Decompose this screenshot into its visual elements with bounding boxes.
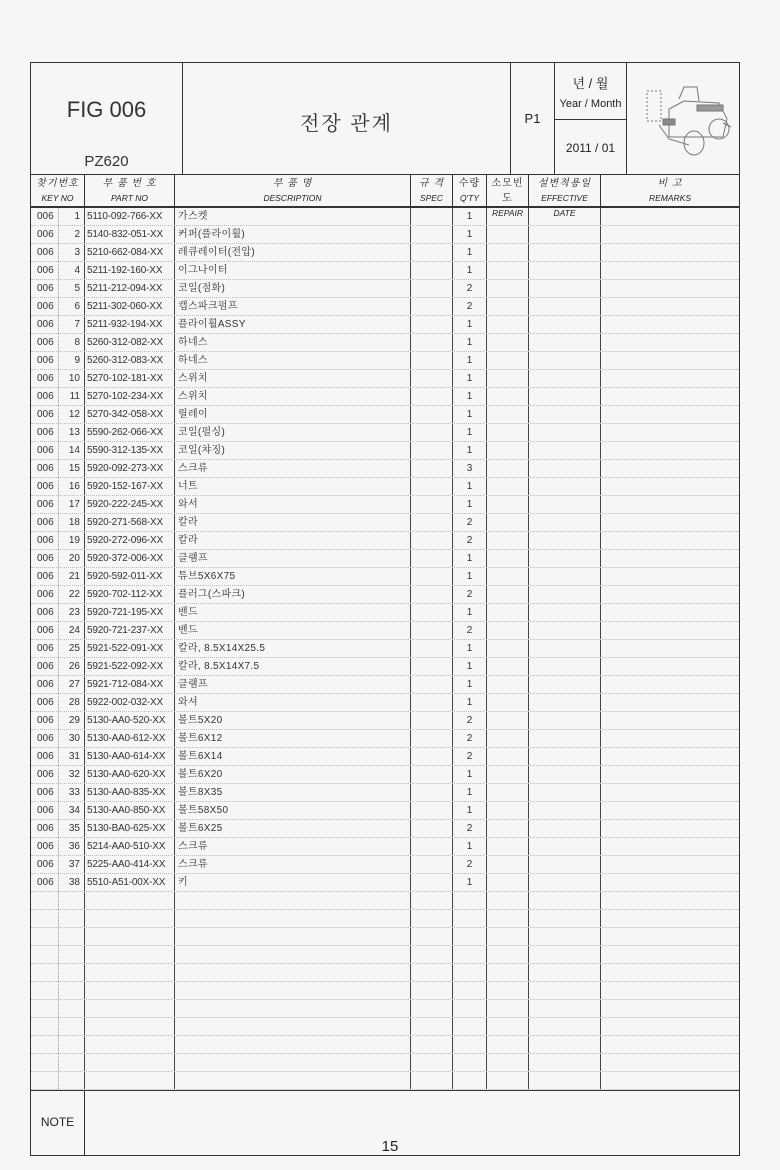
table-row [31, 964, 739, 982]
cell-date [529, 568, 601, 585]
cell-remarks [601, 1054, 739, 1071]
cell-remarks [601, 352, 739, 369]
table-row [31, 1054, 739, 1072]
cell-qty: 1 [453, 802, 487, 819]
cell-repair [487, 388, 529, 405]
cell-date [529, 334, 601, 351]
cell-fig: 006 [31, 874, 59, 891]
cell-repair [487, 244, 529, 261]
cell-date [529, 280, 601, 297]
cell-spec [411, 226, 453, 243]
cell-remarks [601, 334, 739, 351]
table-row: 006295130-AA0-520-XX볼트5X202 [31, 712, 739, 730]
cell-qty [453, 1072, 487, 1089]
cell-key [59, 1000, 85, 1017]
cell-repair [487, 730, 529, 747]
cell-fig [31, 892, 59, 909]
cell-part [85, 964, 175, 981]
sheet-header: FIG 006 PZ620 전장 관계 P1 년 / 월 Year / Mont… [30, 62, 740, 174]
cell-fig: 006 [31, 802, 59, 819]
cell-qty: 1 [453, 676, 487, 693]
cell-qty [453, 946, 487, 963]
cell-remarks [601, 1036, 739, 1053]
cell-repair [487, 208, 529, 225]
cell-date [529, 676, 601, 693]
cell-fig: 006 [31, 730, 59, 747]
table-row [31, 928, 739, 946]
cell-fig: 006 [31, 496, 59, 513]
cell-fig: 006 [31, 550, 59, 567]
cell-part: 5260-312-082-XX [85, 334, 175, 351]
cell-desc: 클램프 [175, 550, 411, 567]
table-row: 00685260-312-082-XX하네스1 [31, 334, 739, 352]
cell-desc: 키 [175, 874, 411, 891]
cell-fig: 006 [31, 658, 59, 675]
cell-spec [411, 280, 453, 297]
cell-key: 8 [59, 334, 85, 351]
cell-repair [487, 982, 529, 999]
cell-date [529, 622, 601, 639]
fig-cell: FIG 006 PZ620 [31, 63, 183, 174]
cell-spec [411, 982, 453, 999]
cell-date [529, 388, 601, 405]
cell-spec [411, 604, 453, 621]
cell-fig: 006 [31, 406, 59, 423]
cell-remarks [601, 226, 739, 243]
cell-remarks [601, 982, 739, 999]
page-code: P1 [511, 111, 554, 126]
cell-fig: 006 [31, 604, 59, 621]
cell-qty: 2 [453, 856, 487, 873]
cell-spec [411, 730, 453, 747]
cell-repair [487, 226, 529, 243]
cell-key [59, 946, 85, 963]
cell-remarks [601, 532, 739, 549]
cell-spec [411, 496, 453, 513]
cell-key: 6 [59, 298, 85, 315]
page-code-cell: P1 [511, 63, 555, 174]
cell-part: 5130-BA0-625-XX [85, 820, 175, 837]
cell-part [85, 910, 175, 927]
table-row [31, 1036, 739, 1054]
cell-desc [175, 964, 411, 981]
cell-desc: 가스켓 [175, 208, 411, 225]
cell-remarks [601, 910, 739, 927]
table-row: 006255921-522-091-XX칼라, 8.5X14X25.51 [31, 640, 739, 658]
table-row: 00625140-832-051-XX커퍼(플라이휠)1 [31, 226, 739, 244]
cell-fig [31, 1000, 59, 1017]
cell-remarks [601, 892, 739, 909]
cell-desc [175, 1018, 411, 1035]
cell-desc: 칼라 [175, 532, 411, 549]
cell-part: 5211-192-160-XX [85, 262, 175, 279]
cell-qty: 2 [453, 712, 487, 729]
table-row: 006305130-AA0-612-XX볼트6X122 [31, 730, 739, 748]
table-row [31, 1000, 739, 1018]
cell-key: 27 [59, 676, 85, 693]
cell-part: 5130-AA0-850-XX [85, 802, 175, 819]
cell-fig: 006 [31, 676, 59, 693]
cell-fig: 006 [31, 694, 59, 711]
cell-date [529, 352, 601, 369]
cell-part: 5211-932-194-XX [85, 316, 175, 333]
cell-desc: 스크류 [175, 838, 411, 855]
cell-date [529, 208, 601, 225]
cell-date [529, 370, 601, 387]
cell-repair [487, 442, 529, 459]
cell-fig [31, 1054, 59, 1071]
cell-repair [487, 1000, 529, 1017]
cell-key: 38 [59, 874, 85, 891]
cell-date [529, 514, 601, 531]
cell-spec [411, 406, 453, 423]
cell-repair [487, 316, 529, 333]
cell-repair [487, 460, 529, 477]
cell-date [529, 244, 601, 261]
cell-fig: 006 [31, 442, 59, 459]
table-row: 00695260-312-083-XX하네스1 [31, 352, 739, 370]
cell-repair [487, 586, 529, 603]
cell-repair [487, 532, 529, 549]
cell-spec [411, 874, 453, 891]
cell-qty: 1 [453, 874, 487, 891]
cell-repair [487, 874, 529, 891]
cell-key: 36 [59, 838, 85, 855]
parts-table-body: 00615110-092-766-XX가스켓100625140-832-051-… [30, 208, 740, 1090]
date-label-ko: 년 / 월 [555, 73, 626, 92]
cell-remarks [601, 460, 739, 477]
cell-desc [175, 1054, 411, 1071]
cell-desc: 레큐레이터(전압) [175, 244, 411, 261]
cell-date [529, 604, 601, 621]
cell-fig: 006 [31, 622, 59, 639]
cell-part: 5510-A51-00X-XX [85, 874, 175, 891]
table-row: 006115270-102-234-XX스위치1 [31, 388, 739, 406]
cell-date [529, 856, 601, 873]
cell-date [529, 748, 601, 765]
cell-part: 5920-721-195-XX [85, 604, 175, 621]
parts-sheet: FIG 006 PZ620 전장 관계 P1 년 / 월 Year / Mont… [30, 62, 740, 1156]
cell-date [529, 892, 601, 909]
cell-fig [31, 928, 59, 945]
cell-remarks [601, 712, 739, 729]
cell-key: 9 [59, 352, 85, 369]
cell-fig: 006 [31, 784, 59, 801]
cell-part: 5211-302-060-XX [85, 298, 175, 315]
cell-part: 5921-522-092-XX [85, 658, 175, 675]
cell-date [529, 784, 601, 801]
cell-part: 5920-721-237-XX [85, 622, 175, 639]
cell-desc: 볼트6X14 [175, 748, 411, 765]
cell-desc: 캡스파크펌프 [175, 298, 411, 315]
table-row: 006105270-102-181-XX스위치1 [31, 370, 739, 388]
cell-part: 5130-AA0-835-XX [85, 784, 175, 801]
cell-qty: 1 [453, 316, 487, 333]
cell-repair [487, 946, 529, 963]
cell-repair [487, 658, 529, 675]
cell-key: 3 [59, 244, 85, 261]
cell-repair [487, 784, 529, 801]
cell-qty: 2 [453, 586, 487, 603]
cell-date [529, 694, 601, 711]
cell-key [59, 964, 85, 981]
cell-fig: 006 [31, 766, 59, 783]
cell-part: 5110-092-766-XX [85, 208, 175, 225]
cell-part: 5130-AA0-614-XX [85, 748, 175, 765]
cell-date [529, 910, 601, 927]
cell-repair [487, 820, 529, 837]
cell-repair [487, 1054, 529, 1071]
cell-key: 13 [59, 424, 85, 441]
cell-desc [175, 892, 411, 909]
table-row: 00635210-662-084-XX레큐레이터(전압)1 [31, 244, 739, 262]
cell-remarks [601, 550, 739, 567]
cell-spec [411, 964, 453, 981]
cell-remarks [601, 856, 739, 873]
cell-qty: 1 [453, 550, 487, 567]
cell-key [59, 910, 85, 927]
cell-fig: 006 [31, 838, 59, 855]
cell-remarks [601, 1018, 739, 1035]
cell-fig [31, 910, 59, 927]
cell-key: 19 [59, 532, 85, 549]
cell-remarks [601, 442, 739, 459]
cell-spec [411, 442, 453, 459]
cell-desc: 코일(점화) [175, 280, 411, 297]
cell-remarks [601, 496, 739, 513]
cell-part: 5211-212-094-XX [85, 280, 175, 297]
cell-qty: 1 [453, 604, 487, 621]
cell-repair [487, 910, 529, 927]
cell-spec [411, 622, 453, 639]
cell-remarks [601, 748, 739, 765]
cell-desc: 볼트6X20 [175, 766, 411, 783]
cell-part: 5590-262-066-XX [85, 424, 175, 441]
cell-fig: 006 [31, 748, 59, 765]
cell-remarks [601, 244, 739, 261]
cell-desc: 스크류 [175, 856, 411, 873]
cell-date [529, 298, 601, 315]
cell-remarks [601, 604, 739, 621]
cell-key: 1 [59, 208, 85, 225]
table-row: 006325130-AA0-620-XX볼트6X201 [31, 766, 739, 784]
cell-spec [411, 424, 453, 441]
cell-date [529, 442, 601, 459]
table-row: 006185920-271-568-XX칼라2 [31, 514, 739, 532]
table-row: 006225920-702-112-XX플러그(스파크)2 [31, 586, 739, 604]
cell-part: 5260-312-083-XX [85, 352, 175, 369]
cell-key: 35 [59, 820, 85, 837]
cell-key: 12 [59, 406, 85, 423]
cell-remarks [601, 568, 739, 585]
cell-spec [411, 586, 453, 603]
cell-date [529, 1072, 601, 1089]
cell-qty: 1 [453, 658, 487, 675]
cell-key [59, 1018, 85, 1035]
table-row: 00675211-932-194-XX플라이휠ASSY1 [31, 316, 739, 334]
cell-spec [411, 640, 453, 657]
cell-date [529, 1000, 601, 1017]
cell-remarks [601, 478, 739, 495]
cell-fig [31, 1036, 59, 1053]
cell-remarks [601, 640, 739, 657]
cell-date [529, 802, 601, 819]
cell-spec [411, 856, 453, 873]
cell-repair [487, 892, 529, 909]
cell-fig: 006 [31, 208, 59, 225]
cell-repair [487, 298, 529, 315]
table-row: 006335130-AA0-835-XX볼트8X351 [31, 784, 739, 802]
cell-date [529, 226, 601, 243]
cell-desc: 튜브5X6X75 [175, 568, 411, 585]
cell-repair [487, 370, 529, 387]
cell-spec [411, 1018, 453, 1035]
cell-spec [411, 334, 453, 351]
cell-key: 16 [59, 478, 85, 495]
cell-fig: 006 [31, 460, 59, 477]
cell-qty: 2 [453, 820, 487, 837]
cell-desc [175, 910, 411, 927]
cell-part: 5920-271-568-XX [85, 514, 175, 531]
cell-desc: 하네스 [175, 352, 411, 369]
cell-remarks [601, 280, 739, 297]
cell-qty: 1 [453, 694, 487, 711]
cell-desc: 볼트6X25 [175, 820, 411, 837]
cell-key: 10 [59, 370, 85, 387]
cell-spec [411, 802, 453, 819]
page-number: 15 [0, 1138, 780, 1155]
table-row: 006155920-092-273-XX스크류3 [31, 460, 739, 478]
cell-remarks [601, 298, 739, 315]
cell-repair [487, 514, 529, 531]
cell-qty: 2 [453, 532, 487, 549]
cell-part: 5921-522-091-XX [85, 640, 175, 657]
cell-date [529, 550, 601, 567]
table-row: 006315130-AA0-614-XX볼트6X142 [31, 748, 739, 766]
cell-qty [453, 910, 487, 927]
cell-remarks [601, 802, 739, 819]
cell-qty: 1 [453, 496, 487, 513]
cell-desc: 밴드 [175, 622, 411, 639]
cell-fig: 006 [31, 712, 59, 729]
cell-date [529, 982, 601, 999]
cell-spec [411, 352, 453, 369]
cell-spec [411, 712, 453, 729]
cell-remarks [601, 514, 739, 531]
cell-part: 5140-832-051-XX [85, 226, 175, 243]
cell-part: 5210-662-084-XX [85, 244, 175, 261]
cell-repair [487, 1036, 529, 1053]
cell-spec [411, 514, 453, 531]
cell-repair [487, 496, 529, 513]
cell-key: 22 [59, 586, 85, 603]
cell-qty [453, 1054, 487, 1071]
table-row: 006275921-712-084-XX클램프1 [31, 676, 739, 694]
cell-part: 5214-AA0-510-XX [85, 838, 175, 855]
cell-part [85, 982, 175, 999]
cell-spec [411, 370, 453, 387]
table-row [31, 982, 739, 1000]
cell-key: 34 [59, 802, 85, 819]
cell-fig: 006 [31, 244, 59, 261]
table-row: 00615110-092-766-XX가스켓1 [31, 208, 739, 226]
cell-fig: 006 [31, 640, 59, 657]
cell-date [529, 766, 601, 783]
cell-remarks [601, 424, 739, 441]
cell-repair [487, 1072, 529, 1089]
cell-qty [453, 892, 487, 909]
cell-fig [31, 1072, 59, 1089]
cell-repair [487, 334, 529, 351]
cell-desc: 너트 [175, 478, 411, 495]
cell-remarks [601, 676, 739, 693]
cell-desc: 칼라 [175, 514, 411, 531]
cell-spec [411, 676, 453, 693]
cell-repair [487, 640, 529, 657]
cell-key: 32 [59, 766, 85, 783]
cell-repair [487, 928, 529, 945]
table-row: 006385510-A51-00X-XX키1 [31, 874, 739, 892]
cell-qty: 1 [453, 568, 487, 585]
cell-desc: 볼트5X20 [175, 712, 411, 729]
cell-fig [31, 1018, 59, 1035]
table-row: 006215920-592-011-XX튜브5X6X751 [31, 568, 739, 586]
cell-spec [411, 748, 453, 765]
cell-desc: 칼라, 8.5X14X25.5 [175, 640, 411, 657]
cell-desc: 스크류 [175, 460, 411, 477]
cell-qty: 2 [453, 280, 487, 297]
cell-fig: 006 [31, 334, 59, 351]
cell-spec [411, 478, 453, 495]
cell-spec [411, 820, 453, 837]
cell-spec [411, 946, 453, 963]
cell-repair [487, 766, 529, 783]
cell-date [529, 1036, 601, 1053]
cell-key: 20 [59, 550, 85, 567]
cell-date [529, 640, 601, 657]
cell-fig: 006 [31, 532, 59, 549]
cell-qty: 1 [453, 262, 487, 279]
table-row: 006195920-272-096-XX칼라2 [31, 532, 739, 550]
cell-spec [411, 1036, 453, 1053]
cell-part: 5270-102-234-XX [85, 388, 175, 405]
cell-desc: 볼트6X12 [175, 730, 411, 747]
cell-repair [487, 694, 529, 711]
cell-part: 5130-AA0-620-XX [85, 766, 175, 783]
cell-repair [487, 280, 529, 297]
cell-repair [487, 550, 529, 567]
cell-date [529, 496, 601, 513]
cell-remarks [601, 1000, 739, 1017]
cell-desc: 이그나이터 [175, 262, 411, 279]
cell-remarks [601, 406, 739, 423]
cell-part: 5920-222-245-XX [85, 496, 175, 513]
cell-date [529, 1018, 601, 1035]
cell-remarks [601, 964, 739, 981]
table-row [31, 1072, 739, 1090]
cell-desc: 하네스 [175, 334, 411, 351]
cell-date [529, 316, 601, 333]
cell-repair [487, 676, 529, 693]
cell-date [529, 874, 601, 891]
cell-fig: 006 [31, 586, 59, 603]
cell-desc: 코일(펄싱) [175, 424, 411, 441]
page-title: 전장 관계 [183, 107, 510, 136]
cell-spec [411, 694, 453, 711]
cell-remarks [601, 766, 739, 783]
cell-fig: 006 [31, 388, 59, 405]
cell-repair [487, 964, 529, 981]
